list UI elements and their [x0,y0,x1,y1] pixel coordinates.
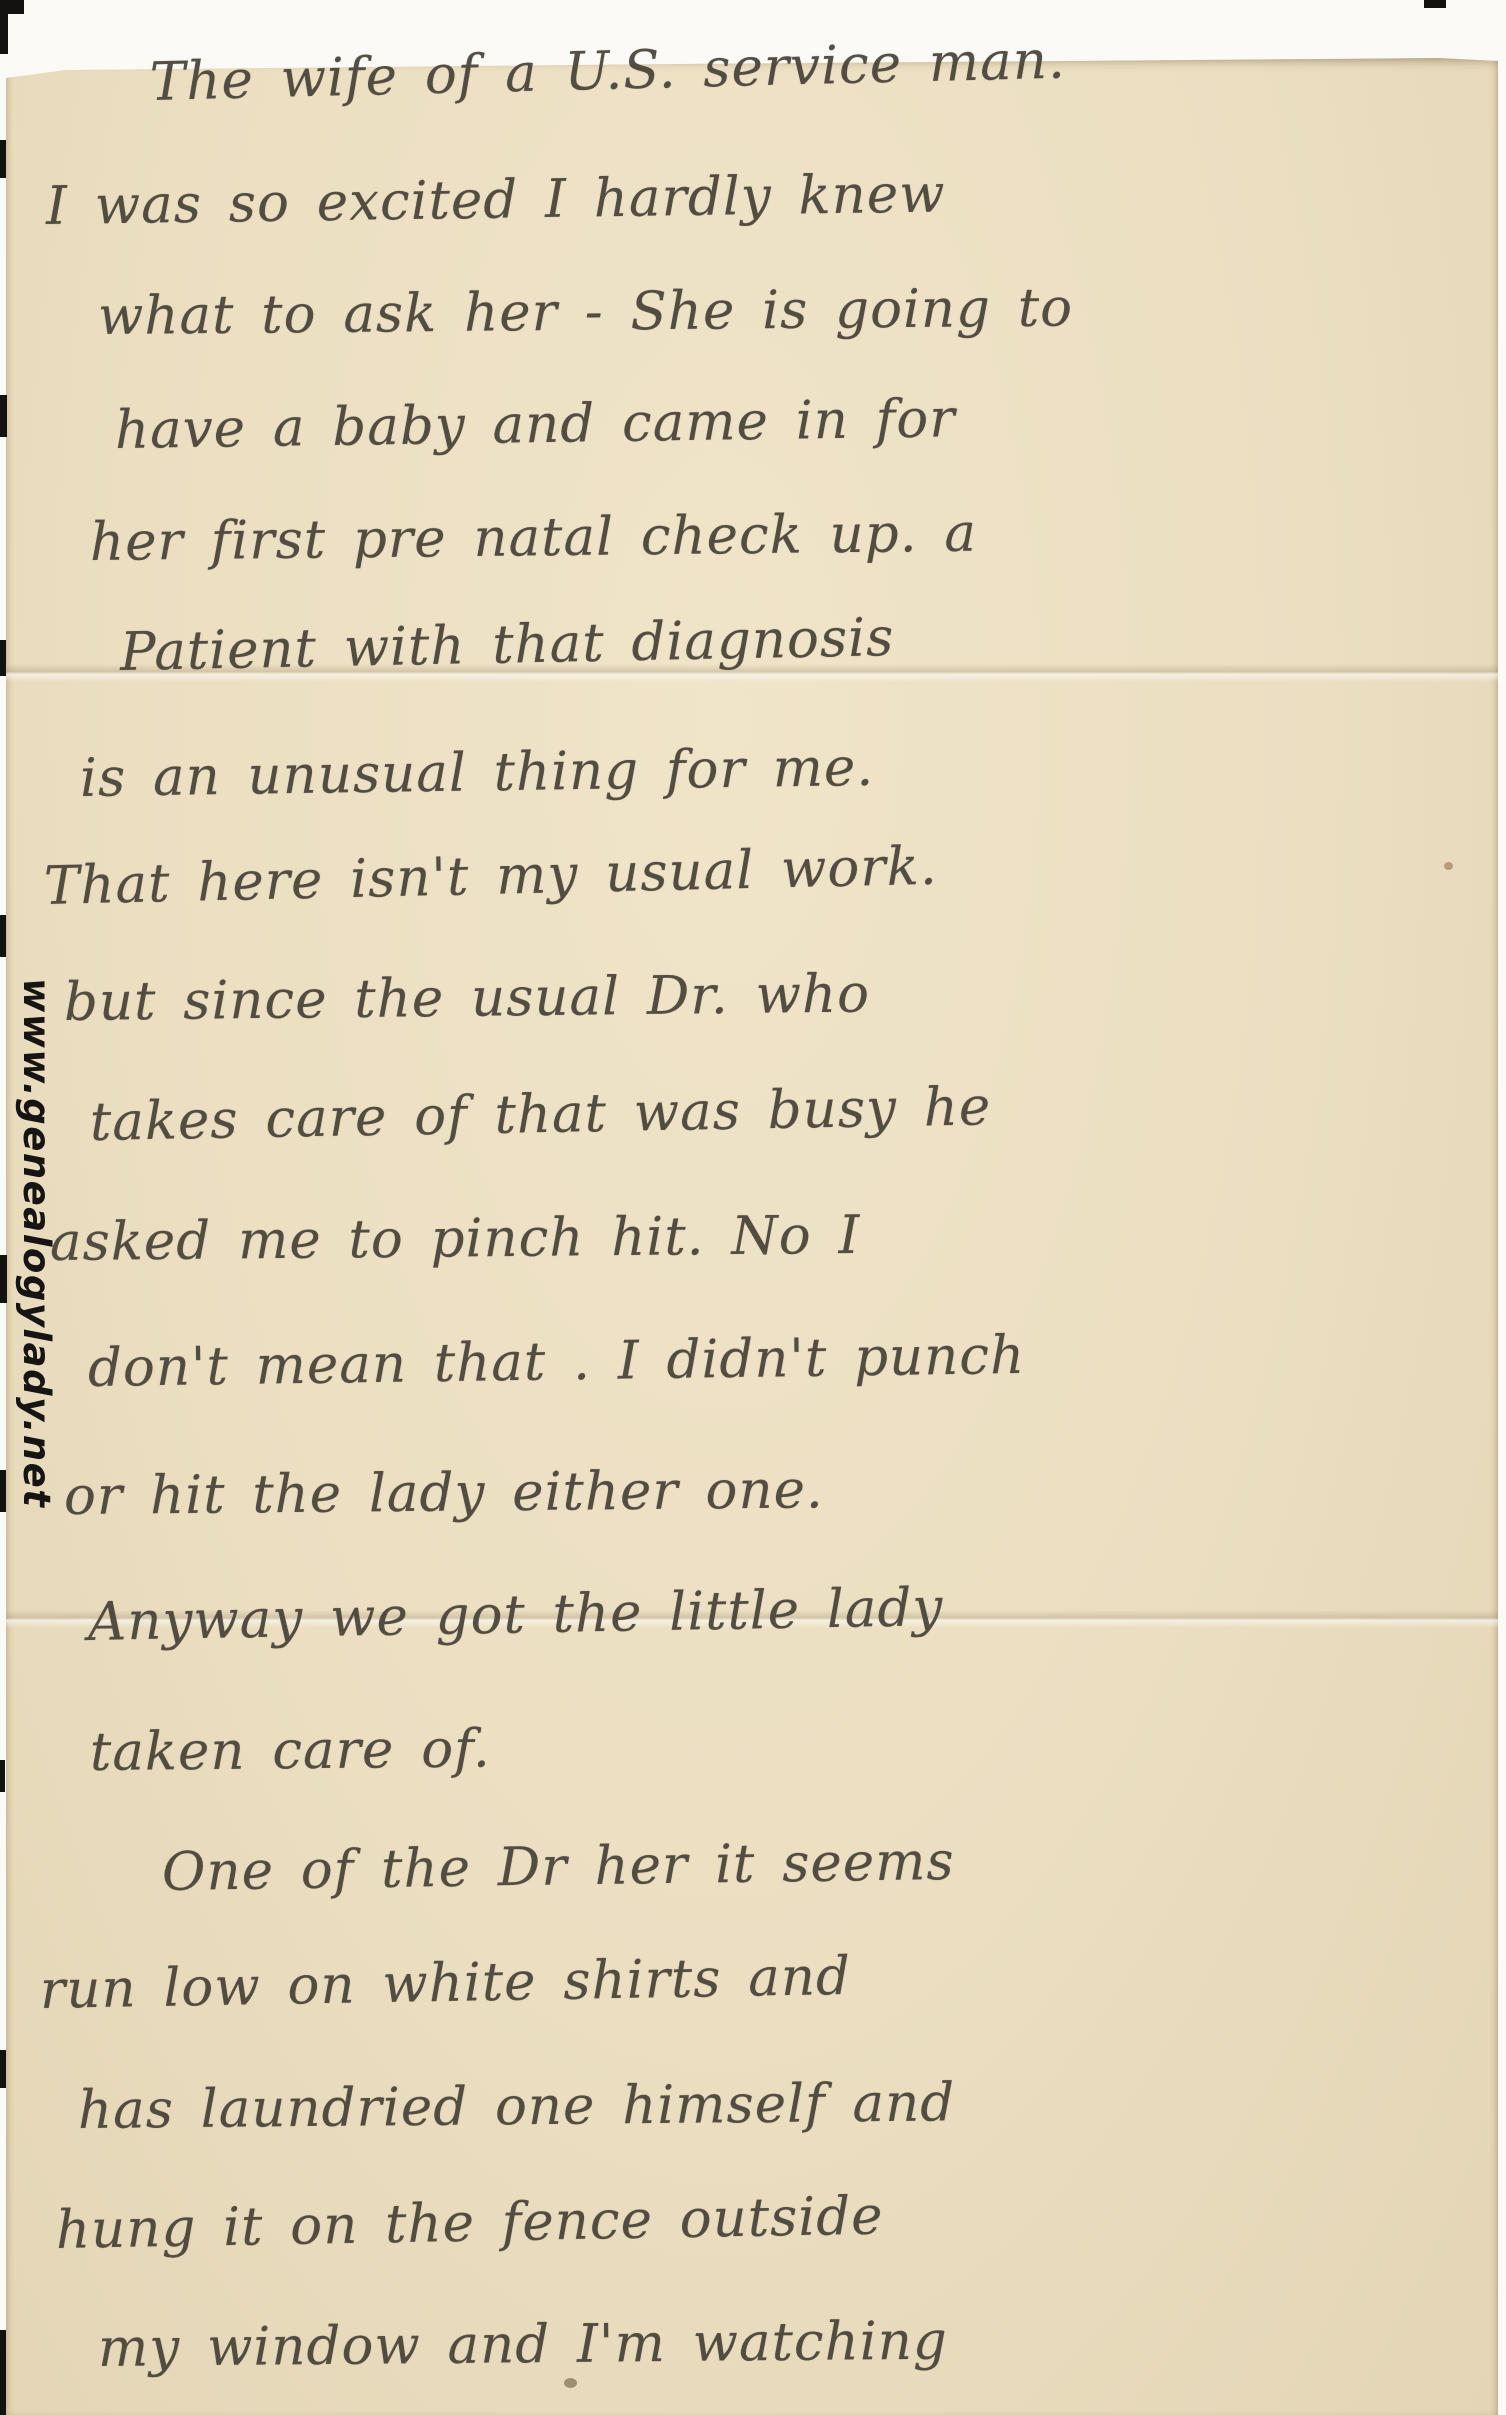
scanner-edge-mark [0,10,8,54]
handwritten-line-4: have a baby and came in for [115,388,956,461]
handwritten-line-15: taken care of. [90,1719,491,1783]
handwritten-line-11: asked me to pinch hit. No I [50,1205,861,1273]
handwritten-line-18: has laundried one himself and [78,2072,956,2141]
scanner-edge-mark [0,395,7,437]
handwritten-line-16: One of the Dr her it seems [162,1831,955,1903]
handwritten-line-20: my window and I'm watching [98,2311,948,2379]
scanner-edge-mark [0,1760,5,1792]
scanner-edge-mark [0,1470,6,1512]
scanner-edge-mark [0,640,6,676]
handwritten-line-12: don't mean that . I didn't punch [88,1325,1026,1399]
paper-speck [1444,862,1453,870]
scanner-edge-mark [0,1255,7,1303]
handwritten-line-2: I was so excited I hardly knew [46,163,946,237]
scanner-edge-mark [0,915,6,957]
handwritten-line-9: but since the usual Dr. who [64,964,871,1033]
scanner-edge-mark [0,2050,6,2088]
paper-speck [564,2378,577,2388]
scanner-edge-mark [0,2330,6,2415]
scanner-edge-mark [1424,0,1446,8]
watermark-text: www.genealogylady.net [15,978,58,1508]
handwritten-line-7: is an unusual thing for me. [80,737,875,809]
handwritten-line-5: her first pre natal check up. a [90,503,978,573]
handwritten-line-3: what to ask her - She is going to [98,277,1074,347]
handwritten-line-13: or hit the lady either one. [64,1459,824,1527]
scanner-edge-mark [0,140,6,178]
